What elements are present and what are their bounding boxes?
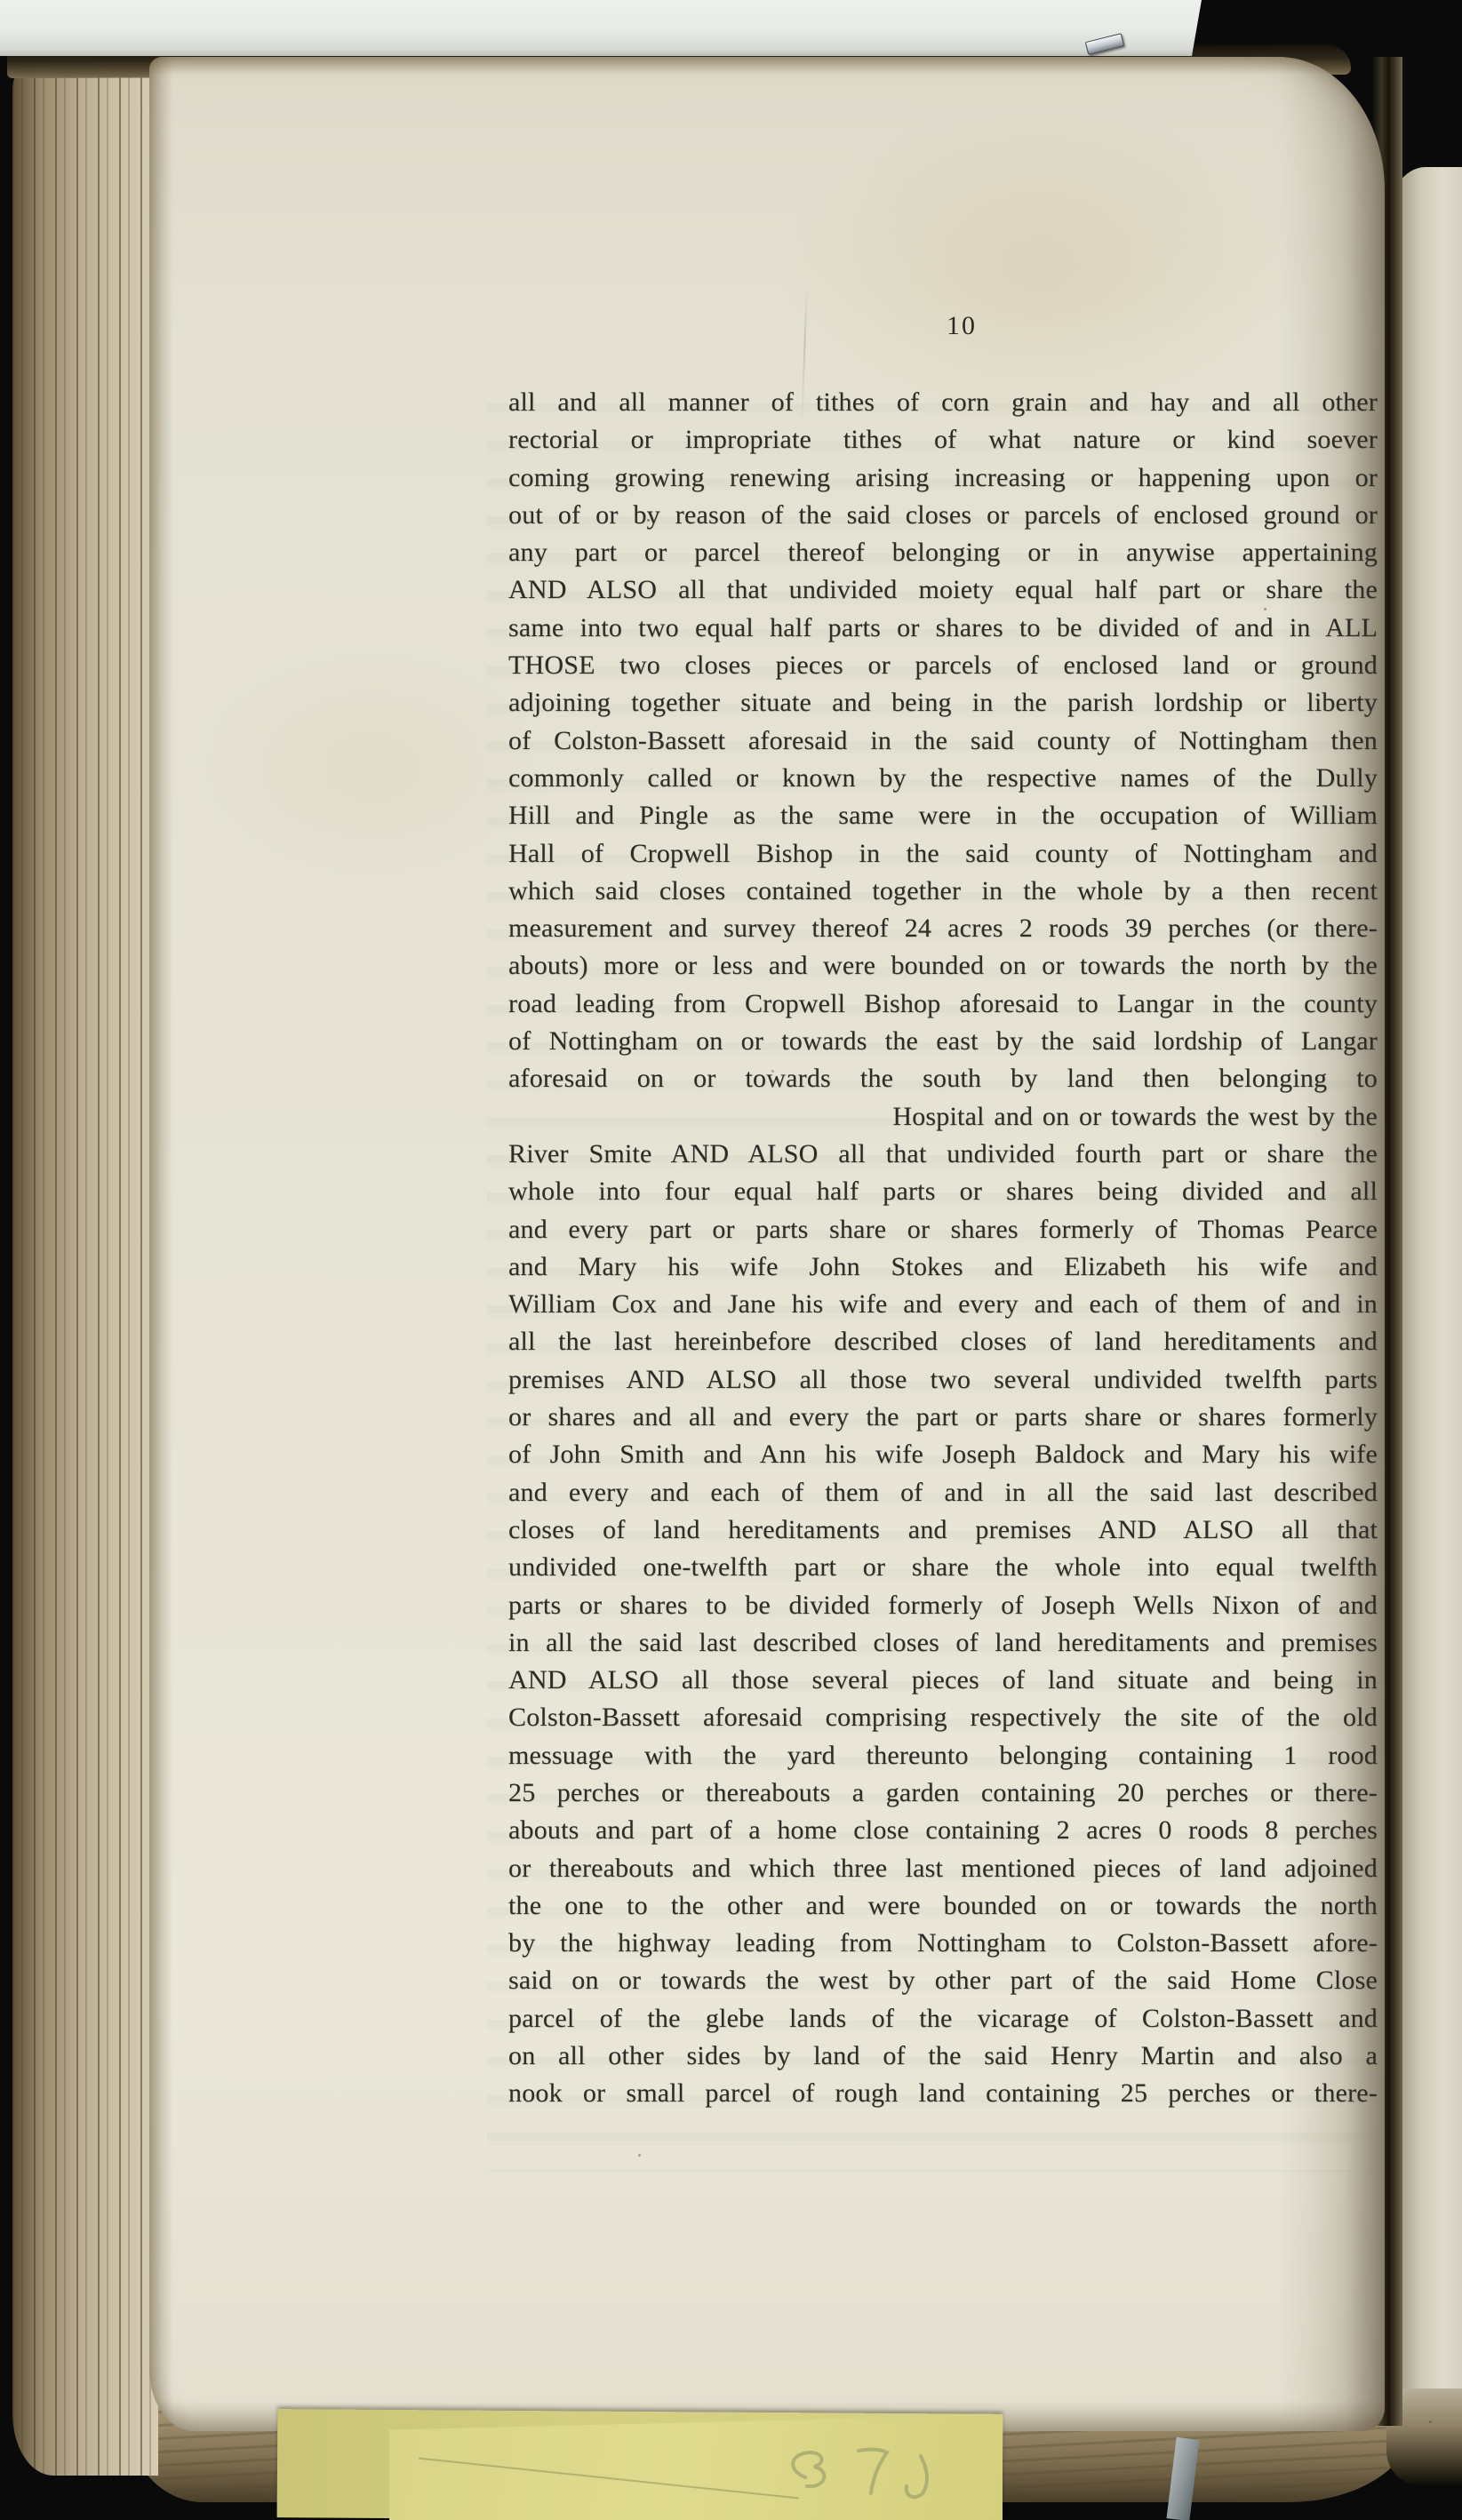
- top-paper-strip: [0, 0, 1202, 56]
- text-line: THOSE two closes pieces or parcels of en…: [508, 647, 1378, 684]
- text-line: messuage with the yard thereunto belongi…: [508, 1737, 1378, 1774]
- text-line: undivided one-twelfth part or share the …: [508, 1549, 1378, 1586]
- text-line: closes of land hereditaments and premise…: [508, 1511, 1378, 1549]
- text-line: Hall of Cropwell Bishop in the said coun…: [508, 835, 1378, 873]
- text-line: parts or shares to be divided formerly o…: [508, 1587, 1378, 1624]
- book-page: 10 all and all manner of tithes of corn …: [149, 57, 1385, 2431]
- text-line: by the highway leading from Nottingham t…: [508, 1925, 1378, 1962]
- text-line: premises AND ALSO all those two several …: [508, 1361, 1378, 1399]
- text-line: nook or small parcel of rough land conta…: [508, 2075, 1378, 2112]
- text-line: rectorial or impropriate tithes of what …: [508, 421, 1378, 459]
- text-line: and every part or parts share or shares …: [508, 1211, 1378, 1248]
- text-line: which said closes contained together in …: [508, 873, 1378, 910]
- text-line: commonly called or known by the respecti…: [508, 760, 1378, 797]
- scanned-book-photo: 10 all and all manner of tithes of corn …: [0, 0, 1462, 2520]
- text-line: parcel of the glebe lands of the vicarag…: [508, 2000, 1378, 2038]
- text-line: William Cox and Jane his wife and every …: [508, 1286, 1378, 1323]
- text-line: coming growing renewing arising increasi…: [508, 459, 1378, 497]
- text-line: of John Smith and Ann his wife Joseph Ba…: [508, 1436, 1378, 1473]
- text-line: in all the said last described closes of…: [508, 1624, 1378, 1662]
- text-line: aforesaid on or towards the south by lan…: [508, 1060, 1378, 1097]
- text-line: Colston-Bassett aforesaid comprising res…: [508, 1699, 1378, 1736]
- text-line: Hospital and on or towards the west by t…: [508, 1098, 1378, 1136]
- pencil-marks: [745, 2431, 1011, 2520]
- paper-specks: [647, 519, 650, 522]
- page-number: 10: [508, 311, 1378, 341]
- text-line: AND ALSO all those several pieces of lan…: [508, 1662, 1378, 1699]
- text-line: of Nottingham on or towards the east by …: [508, 1023, 1378, 1060]
- text-line: or thereabouts and which three last ment…: [508, 1850, 1378, 1887]
- text-line: Hill and Pingle as the same were in the …: [508, 797, 1378, 834]
- text-line: of Colston-Bassett aforesaid in the said…: [508, 722, 1378, 760]
- text-line: measurement and survey thereof 24 acres …: [508, 910, 1378, 947]
- text-line: or shares and all and every the part or …: [508, 1399, 1378, 1436]
- text-line: any part or parcel thereof belonging or …: [508, 534, 1378, 571]
- body-text: all and all manner of tithes of corn gra…: [508, 384, 1378, 2113]
- text-line: said on or towards the west by other par…: [508, 1962, 1378, 1999]
- text-line: adjoining together situate and being in …: [508, 684, 1378, 722]
- text-line: the one to the other and were bounded on…: [508, 1887, 1378, 1925]
- text-line: River Smite AND ALSO all that undivided …: [508, 1136, 1378, 1173]
- text-line: road leading from Cropwell Bishop afores…: [508, 985, 1378, 1023]
- text-line: out of or by reason of the said closes o…: [508, 497, 1378, 534]
- text-line: whole into four equal half parts or shar…: [508, 1173, 1378, 1210]
- text-line: all and all manner of tithes of corn gra…: [508, 384, 1378, 421]
- text-line: all the last hereinbefore described clos…: [508, 1323, 1378, 1360]
- text-line: and every and each of them of and in all…: [508, 1474, 1378, 1511]
- text-line: 25 perches or thereabouts a garden conta…: [508, 1774, 1378, 1812]
- text-line: on all other sides by land of the said H…: [508, 2038, 1378, 2075]
- text-line: and Mary his wife John Stokes and Elizab…: [508, 1248, 1378, 1286]
- text-line: abouts) more or less and were bounded on…: [508, 947, 1378, 985]
- text-line: same into two equal half parts or shares…: [508, 610, 1378, 647]
- text-line: abouts and part of a home close containi…: [508, 1812, 1378, 1849]
- left-page-edges: [12, 66, 158, 2476]
- text-line: AND ALSO all that undivided moiety equal…: [508, 571, 1378, 609]
